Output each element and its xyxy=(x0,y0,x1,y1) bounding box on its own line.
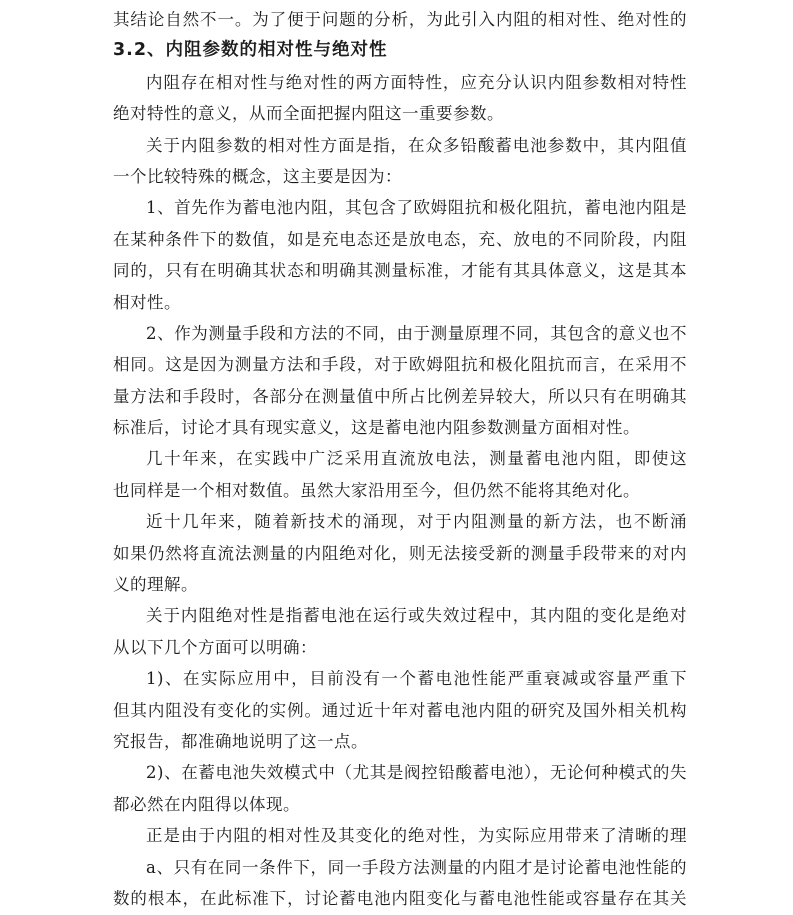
text-line: 同的，只有在明确其状态和明确其测量标准，才能有其具体意义，这是其本质的 xyxy=(113,255,687,286)
text-line: 在某种条件下的数值，如是充电态还是放电态，充、放电的不同阶段，内阻是不 xyxy=(113,224,687,255)
text-line: 近十几年来，随着新技术的涌现，对于内阻测量的新方法，也不断涌出。 xyxy=(113,506,687,537)
text-line: 义的理解。 xyxy=(113,569,687,600)
document-page: 其结论自然不一。为了便于问题的分析，为此引入内阻的相对性、绝对性的概念。3.2、… xyxy=(0,0,793,915)
text-line: 正是由于内阻的相对性及其变化的绝对性，为实际应用带来了清晰的理论： xyxy=(113,820,687,851)
text-line: 也同样是一个相对数值。虽然大家沿用至今，但仍然不能将其绝对化。 xyxy=(113,475,687,506)
text-line: 究报告，都准确地说明了这一点。 xyxy=(113,726,687,757)
text-line: 几十年来，在实践中广泛采用直流放电法，测量蓄电池内阻，即使这样， xyxy=(113,443,687,474)
document-text-column: 其结论自然不一。为了便于问题的分析，为此引入内阻的相对性、绝对性的概念。3.2、… xyxy=(113,4,687,914)
text-line: 2)、在蓄电池失效模式中（尤其是阀控铅酸蓄电池），无论何种模式的失效， xyxy=(113,757,687,788)
text-line: 数的根本，在此标准下，讨论蓄电池内阻变化与蓄电池性能或容量存在其关联性， xyxy=(113,883,687,914)
text-line: 都必然在内阻得以体现。 xyxy=(113,789,687,820)
text-line: 1)、在实际应用中，目前没有一个蓄电池性能严重衰减或容量严重下降， xyxy=(113,663,687,694)
text-line: 关于内阻绝对性是指蓄电池在运行或失效过程中，其内阻的变化是绝对的， xyxy=(113,600,687,631)
text-line: 相同。这是因为测量方法和手段，对于欧姆阻抗和极化阻抗而言，在采用不同测 xyxy=(113,349,687,380)
text-line: 关于内阻参数的相对性方面是指，在众多铅酸蓄电池参数中，其内阻值是 xyxy=(113,130,687,161)
section-heading: 3.2、内阻参数的相对性与绝对性 xyxy=(113,35,687,66)
text-line: 从以下几个方面可以明确： xyxy=(113,632,687,663)
text-line: 其结论自然不一。为了便于问题的分析，为此引入内阻的相对性、绝对性的概念。 xyxy=(113,4,687,35)
text-line: 内阻存在相对性与绝对性的两方面特性，应充分认识内阻参数相对特性与 xyxy=(113,67,687,98)
text-line: 量方法和手段时，各部分在测量值中所占比例差异较大，所以只有在明确其测量 xyxy=(113,381,687,412)
text-line: 绝对特性的意义，从而全面把握内阻这一重要参数。 xyxy=(113,98,687,129)
text-line: 一个比较特殊的概念，这主要是因为： xyxy=(113,161,687,192)
text-line: 相对性。 xyxy=(113,287,687,318)
text-line: 标准后，讨论才具有现实意义，这是蓄电池内阻参数测量方面相对性。 xyxy=(113,412,687,443)
text-line: 2、作为测量手段和方法的不同，由于测量原理不同，其包含的意义也不尽 xyxy=(113,318,687,349)
text-line: 如果仍然将直流法测量的内阻绝对化，则无法接受新的测量手段带来的对内阻意 xyxy=(113,538,687,569)
text-line: 但其内阻没有变化的实例。通过近十年对蓄电池内阻的研究及国外相关机构的研 xyxy=(113,695,687,726)
text-line: a、只有在同一条件下，同一手段方法测量的内阻才是讨论蓄电池性能的参 xyxy=(113,852,687,883)
text-line: 1、首先作为蓄电池内阻，其包含了欧姆阻抗和极化阻抗，蓄电池内阻是指 xyxy=(113,192,687,223)
